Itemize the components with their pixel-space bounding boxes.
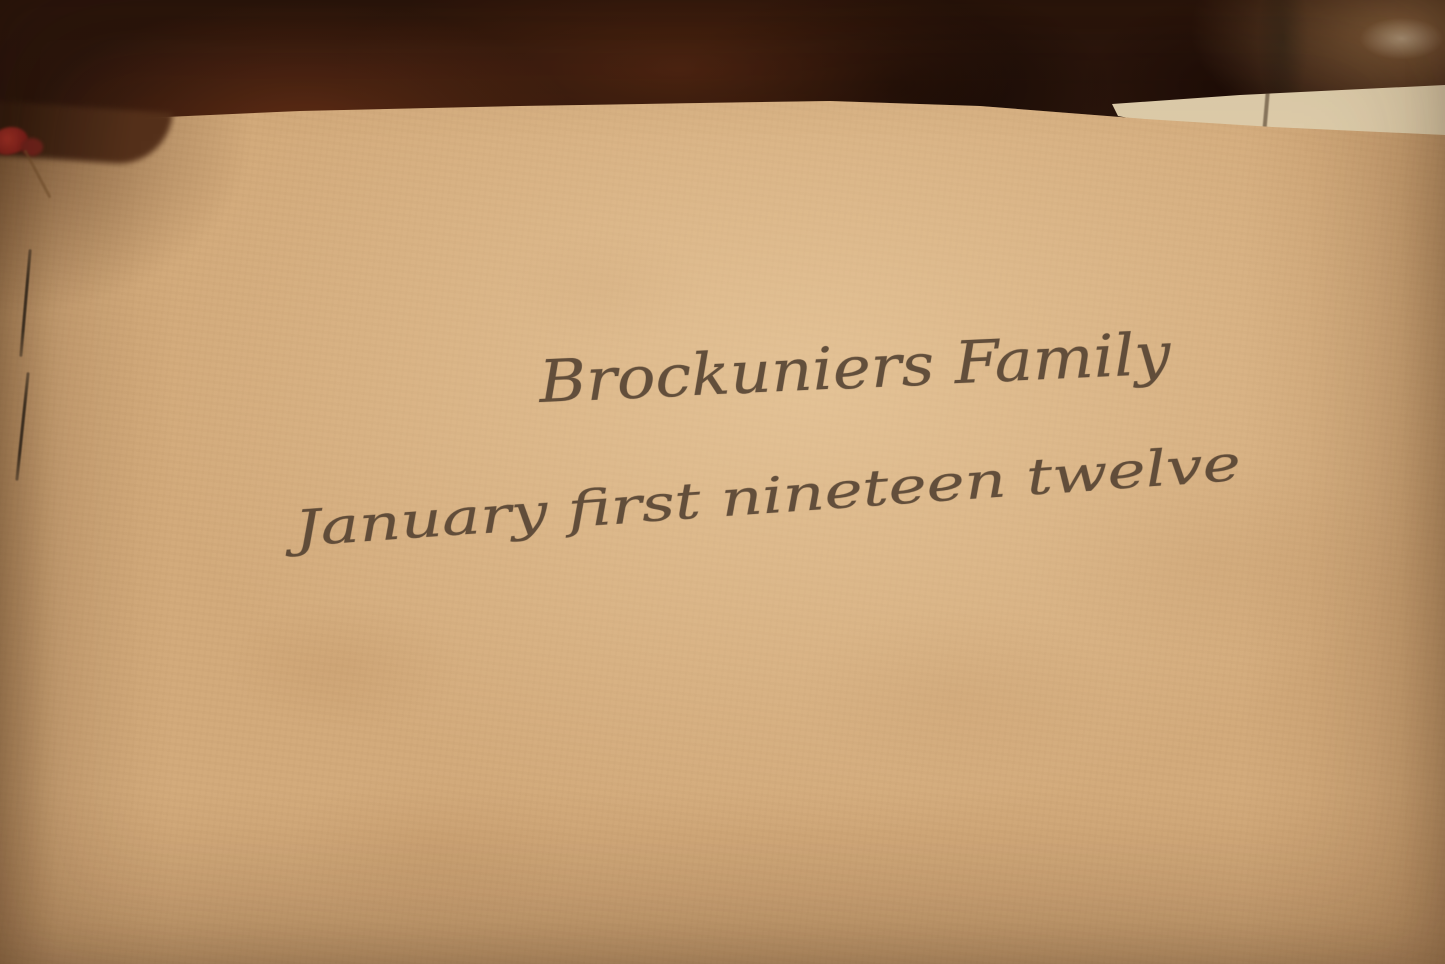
handwriting-line-1: Brockuniers Family	[536, 319, 1173, 416]
photo-antique-book: Brockuniers Family January first ninetee…	[0, 0, 1445, 964]
handwriting-layer: Brockuniers Family January first ninetee…	[0, 0, 1445, 964]
handwriting-line-2: January first nineteen twelve	[281, 434, 1242, 559]
